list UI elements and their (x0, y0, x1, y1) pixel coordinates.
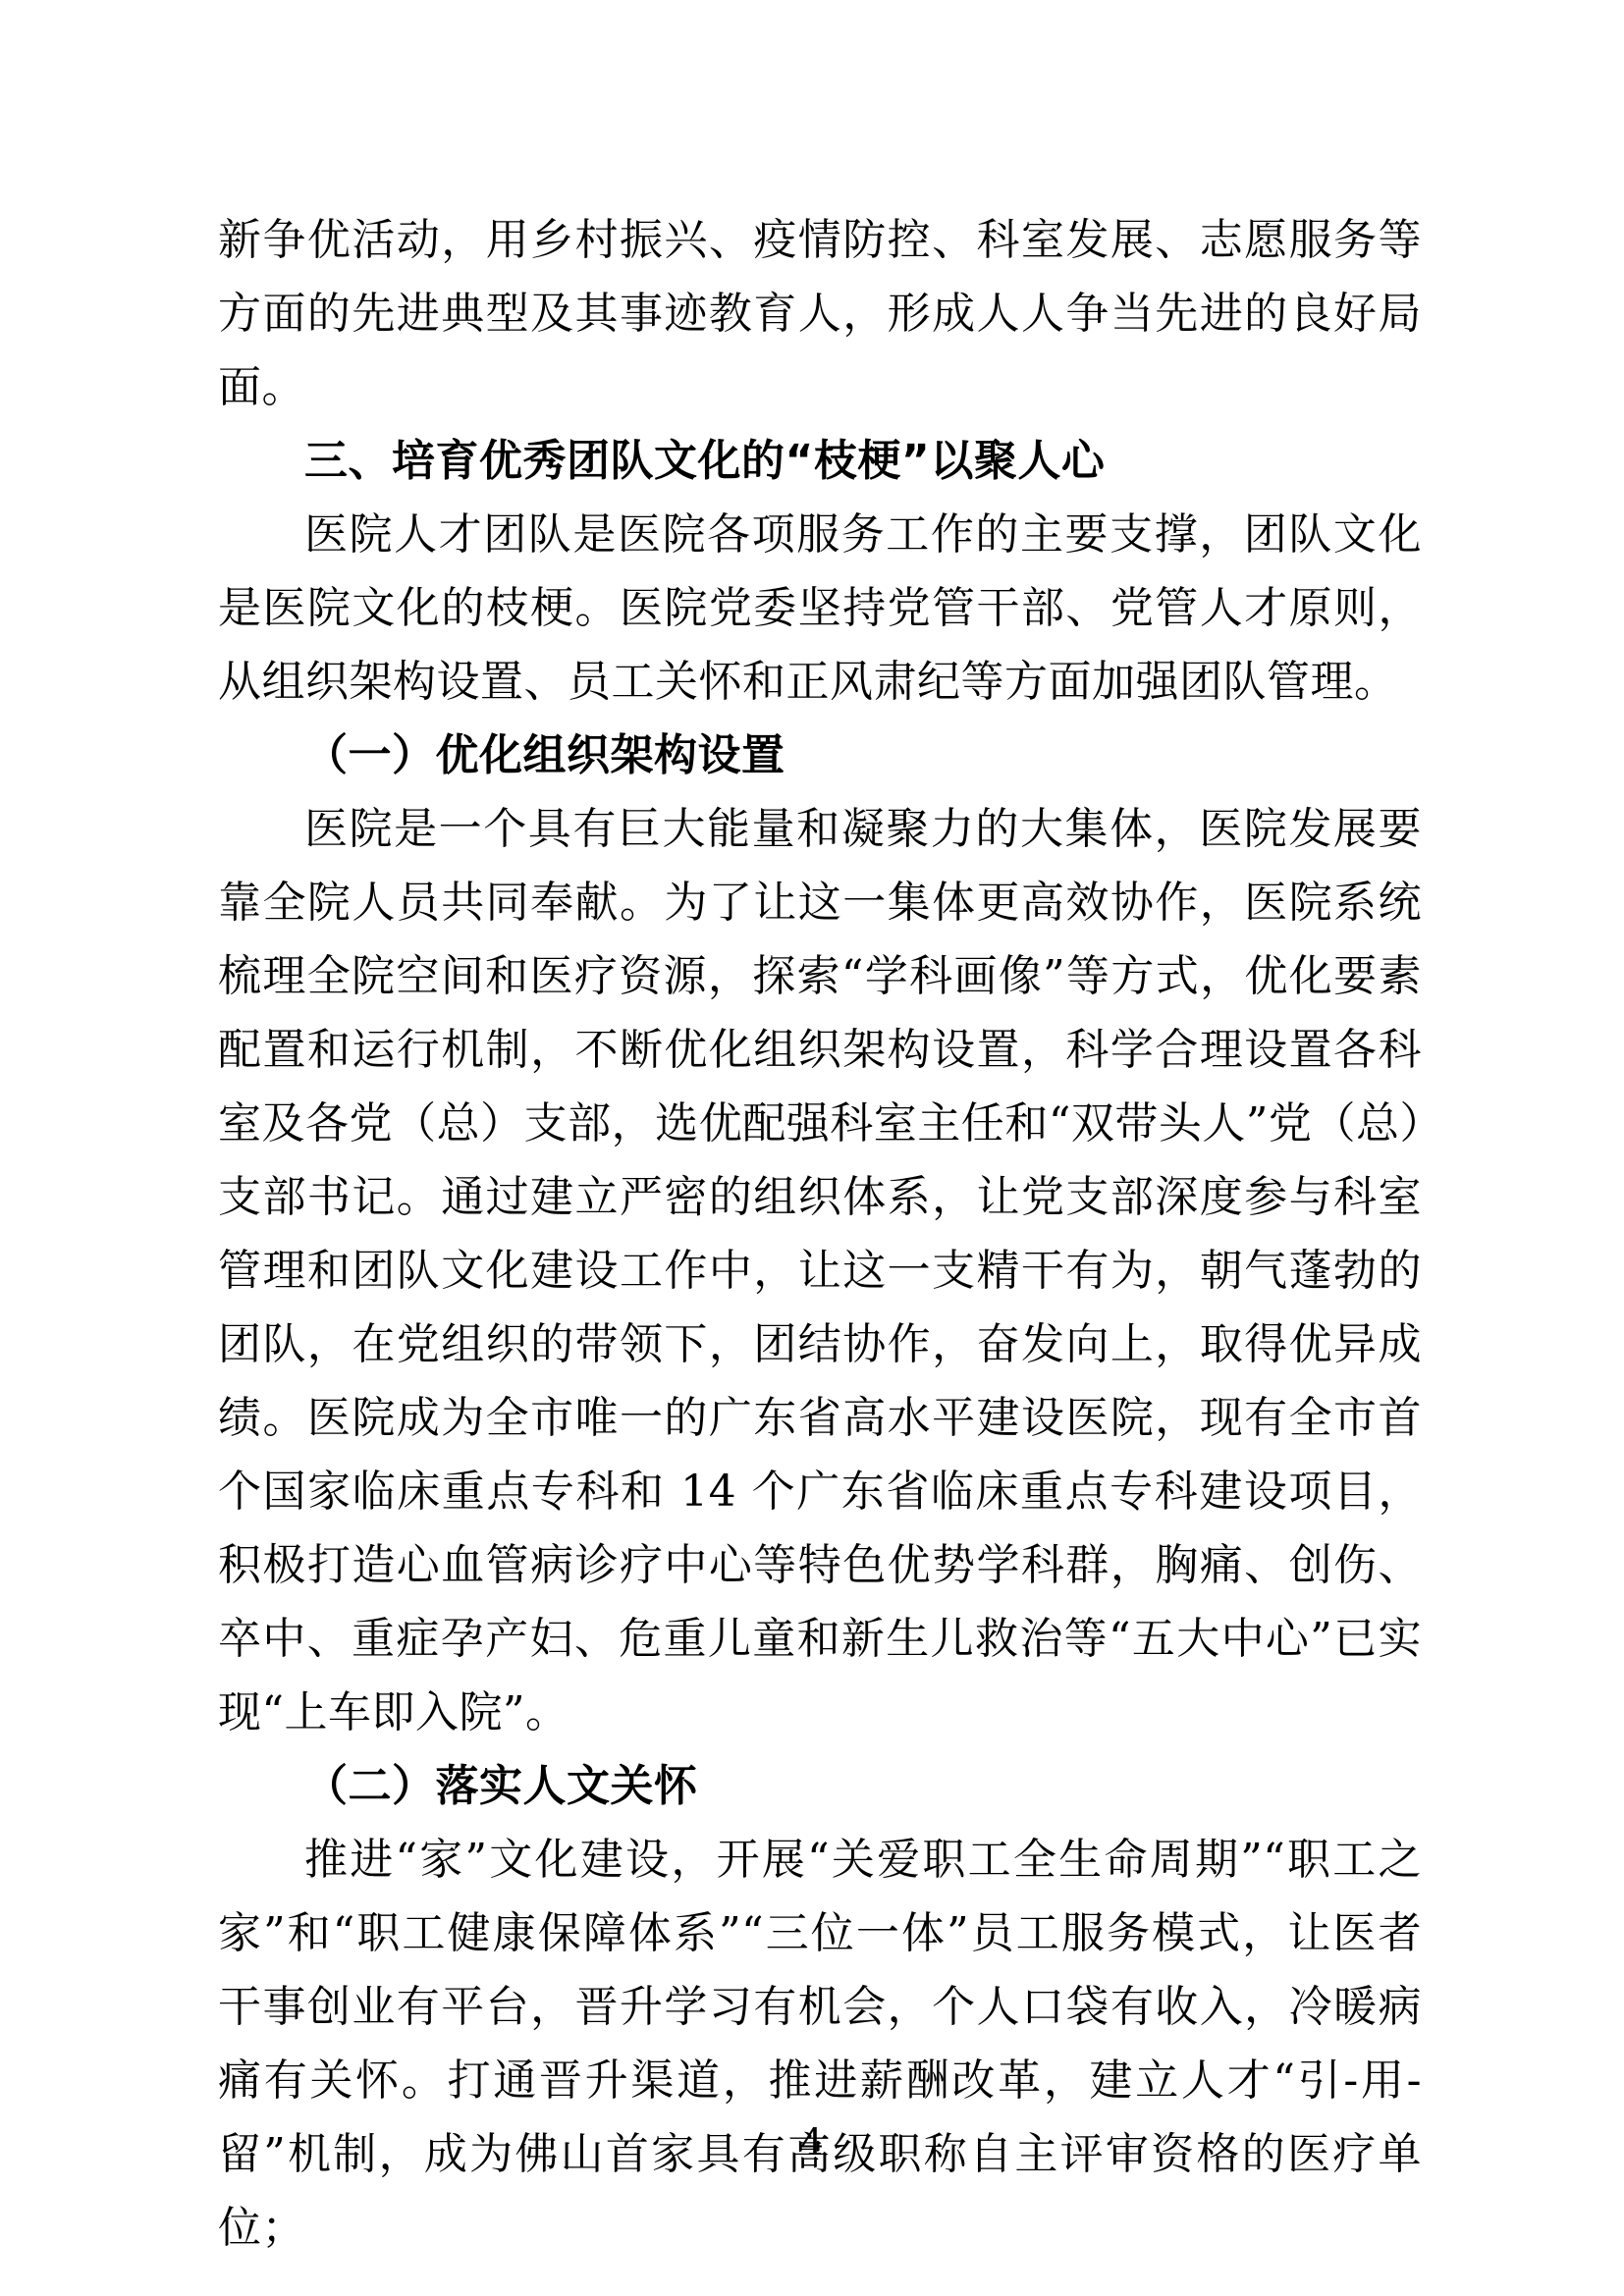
subsection-heading-1: （一）优化组织架构设置 (218, 719, 1422, 792)
subsection-heading-2: （二）落实人文关怀 (218, 1749, 1422, 1823)
paragraph: 推进“家”文化建设，开展“关爱职工全生命周期”“职工之家”和“职工健康保障体系”… (218, 1823, 1422, 2265)
document-body: 新争优活动，用乡村振兴、疫情防控、科室发展、志愿服务等方面的先进典型及其事迹教育… (218, 203, 1422, 2265)
paragraph-continuation: 新争优活动，用乡村振兴、疫情防控、科室发展、志愿服务等方面的先进典型及其事迹教育… (218, 203, 1422, 424)
paragraph: 医院人才团队是医院各项服务工作的主要支撑，团队文化是医院文化的枝梗。医院党委坚持… (218, 498, 1422, 719)
section-heading-3: 三、培育优秀团队文化的“枝梗”以聚人心 (218, 424, 1422, 498)
paragraph: 医院是一个具有巨大能量和凝聚力的大集体，医院发展要靠全院人员共同奉献。为了让这一… (218, 792, 1422, 1749)
document-page: 新争优活动，用乡村振兴、疫情防控、科室发展、志愿服务等方面的先进典型及其事迹教育… (0, 0, 1624, 2296)
page-number: 4 (0, 2120, 1624, 2165)
